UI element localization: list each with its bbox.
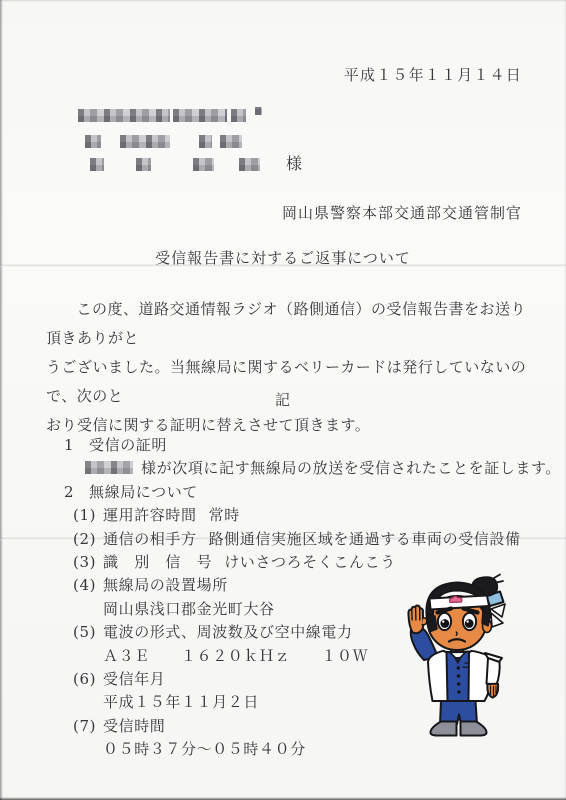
police-mascot-illustration <box>399 573 531 741</box>
subitem-label: 通信の相手方 <box>103 530 197 548</box>
subitem-label: 無線局の設置場所 <box>103 576 228 594</box>
sender-name: 岡山県警察本部交通部交通管制官 <box>282 202 522 223</box>
redacted-recipient-line1b <box>173 109 227 122</box>
subitem-number: (5) <box>73 621 103 644</box>
redacted-recipient-line1a <box>78 109 170 122</box>
redacted-recipient-line2a <box>85 135 101 148</box>
item-title: 無線局について <box>89 483 198 501</box>
certification-line: 様が次項に記す無線局の放送を受信されたことを証します。 <box>64 457 546 480</box>
list-item-1: 1受信の証明 <box>64 434 546 457</box>
redacted-recipient-line2c <box>199 135 212 148</box>
subitem-number: (4) <box>73 574 103 597</box>
body-line: この度、道路交通情報ラジオ（路側通信）の受信報告書をお送り頂きありがと <box>46 295 532 353</box>
redacted-recipient-line3a <box>90 158 104 171</box>
subitem-label: 電波の形式、周波数及び空中線電力 <box>103 623 353 641</box>
letter-body: この度、道路交通情報ラジオ（路側通信）の受信報告書をお送り頂きありがと うござい… <box>46 295 532 440</box>
recipient-honorific: 様 <box>286 151 303 174</box>
subitem-value: 路側通信実施区域を通過する車両の受信設備 <box>209 530 521 548</box>
subitem-label: 受信年月 <box>103 670 165 688</box>
scan-edge-top <box>0 0 566 2</box>
subitem-number: (1) <box>73 504 103 527</box>
redacted-recipient-line3b <box>136 158 151 171</box>
certification-text: 様が次項に記す無線局の放送を受信されたことを証します。 <box>141 459 561 477</box>
letter-date: 平成１５年１１月１４日 <box>344 64 522 85</box>
list-item-2: 2無線局について <box>64 481 546 504</box>
redacted-recipient-line1c <box>231 109 246 122</box>
redacted-recipient-line3c <box>193 158 214 171</box>
subitem-number: (7) <box>73 715 103 738</box>
scanned-letter-page: 平成１５年１１月１４日 様 岡山県警察本部交通部交通管制官 受信報告書に対するご… <box>0 0 566 800</box>
redacted-recipient-line3d <box>239 158 260 171</box>
redacted-name <box>85 461 133 474</box>
subitem-number: (3) <box>73 551 103 574</box>
subitem-number: (6) <box>73 668 103 691</box>
subitem-1: (1)運用許容時間常時 <box>64 504 546 527</box>
item-number: 1 <box>64 434 89 457</box>
subitem-number: (2) <box>73 528 103 551</box>
redacted-recipient-line1d <box>255 107 262 115</box>
subitem-3: (3)識 別 信 号けいさつろそくこんこう <box>64 551 546 574</box>
mascot-figure <box>408 575 505 736</box>
subitem-2: (2)通信の相手方路側通信実施区域を通過する車両の受信設備 <box>64 528 546 551</box>
letter-subject: 受信報告書に対するご返事について <box>0 247 566 268</box>
item-number: 2 <box>64 481 89 504</box>
subitem-label: 運用許容時間 <box>103 506 197 524</box>
subitem-label: 識 別 信 号 <box>103 553 212 571</box>
redacted-recipient-line2d <box>220 135 242 148</box>
item-title: 受信の証明 <box>89 436 167 454</box>
subitem-value: けいさつろそくこんこう <box>224 553 396 571</box>
subitem-7-detail: ０５時３７分～０５時４０分 <box>64 738 546 761</box>
redacted-recipient-line2b <box>120 135 170 148</box>
ki-marker: 記 <box>0 389 566 410</box>
subitem-label: 受信時間 <box>103 717 165 735</box>
subitem-value: 常時 <box>209 506 240 524</box>
